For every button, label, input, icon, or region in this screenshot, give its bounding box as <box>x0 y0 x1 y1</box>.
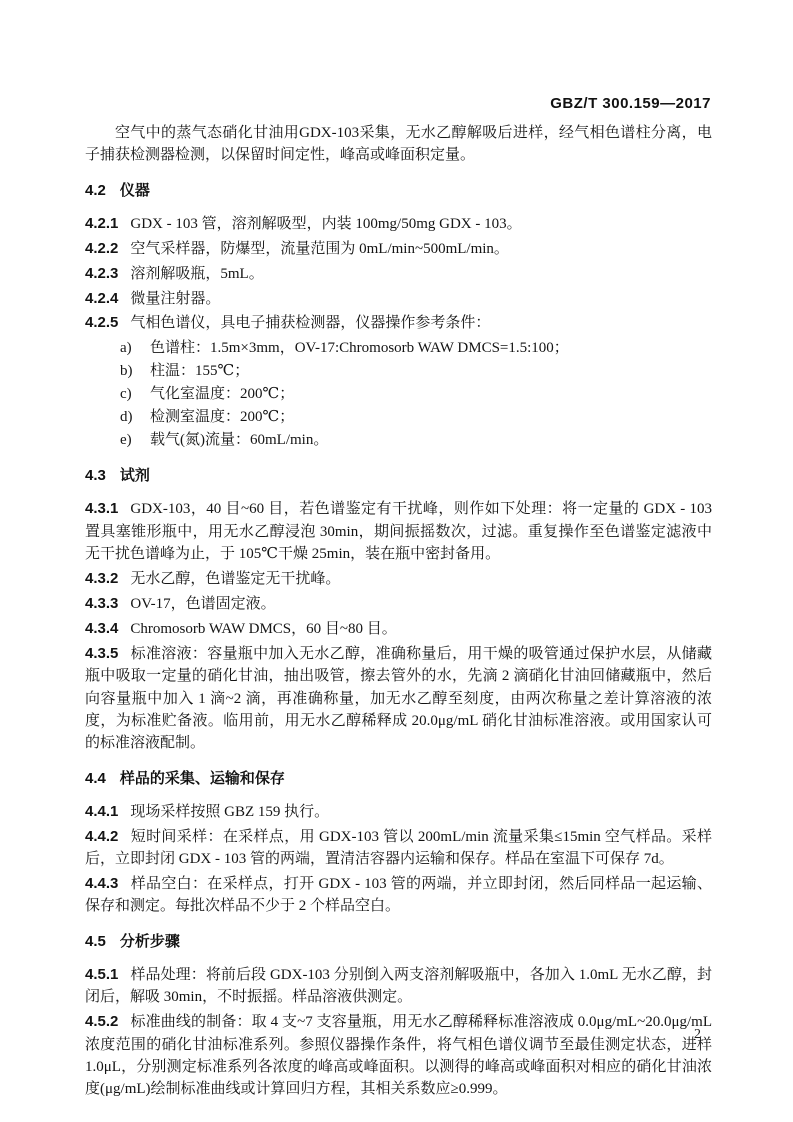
clause-number: 4.2.5 <box>85 314 118 331</box>
clause-4-3-2: 4.3.2无水乙醇，色谱鉴定无干扰峰。 <box>85 568 712 590</box>
clause-4-2-3: 4.2.3溶剂解吸瓶，5mL。 <box>85 263 712 285</box>
clause-text: 样品空白：在采样点，打开 GDX - 103 管的两端，并立即封闭，然后同样品一… <box>85 876 712 914</box>
clause-number: 4.2.2 <box>85 240 118 257</box>
clause-number: 4.5.2 <box>85 1013 118 1030</box>
clause-number: 4.2.4 <box>85 290 118 307</box>
clause-4-2-4: 4.2.4微量注射器。 <box>85 288 712 310</box>
clause-text: 样品处理：将前后段 GDX-103 分别倒入两支溶剂解吸瓶中，各加入 1.0mL… <box>85 967 712 1005</box>
clause-text: 现场采样按照 GBZ 159 执行。 <box>130 804 329 820</box>
clause-number: 4.3.4 <box>85 620 118 637</box>
list-item-d: d)检测室温度：200℃； <box>85 406 712 429</box>
page-number: 2 <box>694 1027 701 1043</box>
section-number: 4.2 <box>85 182 106 199</box>
section-title: 分析步骤 <box>120 933 180 950</box>
clause-4-3-5: 4.3.5标准溶液：容量瓶中加入无水乙醇，准确称量后，用干燥的吸管通过保护水层，… <box>85 643 712 755</box>
section-heading-4-4: 4.4样品的采集、运输和保存 <box>85 768 712 790</box>
clause-text: 微量注射器。 <box>130 291 220 307</box>
list-item-text: 检测室温度：200℃； <box>150 409 294 425</box>
clause-4-2-1: 4.2.1GDX - 103 管，溶剂解吸型，内装 100mg/50mg GDX… <box>85 213 712 235</box>
clause-number: 4.3.1 <box>85 500 118 517</box>
list-item-label: a) <box>120 337 150 360</box>
clause-number: 4.3.2 <box>85 570 118 587</box>
clause-text: GDX - 103 管，溶剂解吸型，内装 100mg/50mg GDX - 10… <box>130 216 521 232</box>
clause-text: Chromosorb WAW DMCS，60 目~80 目。 <box>130 621 396 637</box>
clause-4-2-5: 4.2.5气相色谱仪，具电子捕获检测器，仪器操作参考条件： <box>85 312 712 334</box>
clause-4-3-3: 4.3.3OV-17，色谱固定液。 <box>85 593 712 615</box>
section-title: 试剂 <box>120 467 150 484</box>
clause-number: 4.2.1 <box>85 215 118 232</box>
operating-conditions-list: a)色谱柱：1.5m×3mm，OV-17:Chromosorb WAW DMCS… <box>85 337 712 452</box>
list-item-a: a)色谱柱：1.5m×3mm，OV-17:Chromosorb WAW DMCS… <box>85 337 712 360</box>
list-item-e: e)载气(氮)流量：60mL/min。 <box>85 429 712 452</box>
clause-text: GDX-103，40 目~60 目，若色谱鉴定有干扰峰，则作如下处理：将一定量的… <box>85 501 712 562</box>
section-title: 仪器 <box>120 182 150 199</box>
clause-text: 无水乙醇，色谱鉴定无干扰峰。 <box>130 571 340 587</box>
clause-4-5-2: 4.5.2标准曲线的制备：取 4 支~7 支容量瓶，用无水乙醇稀释标准溶液成 0… <box>85 1011 712 1101</box>
section-heading-4-3: 4.3试剂 <box>85 465 712 487</box>
list-item-b: b)柱温：155℃； <box>85 360 712 383</box>
clause-4-4-3: 4.4.3样品空白：在采样点，打开 GDX - 103 管的两端，并立即封闭，然… <box>85 873 712 918</box>
section-number: 4.3 <box>85 467 106 484</box>
clause-4-4-1: 4.4.1现场采样按照 GBZ 159 执行。 <box>85 801 712 823</box>
list-item-text: 载气(氮)流量：60mL/min。 <box>150 432 328 448</box>
clause-number: 4.3.3 <box>85 595 118 612</box>
clause-4-5-1: 4.5.1样品处理：将前后段 GDX-103 分别倒入两支溶剂解吸瓶中，各加入 … <box>85 964 712 1009</box>
clause-number: 4.4.2 <box>85 828 118 845</box>
section-number: 4.4 <box>85 770 106 787</box>
list-item-text: 柱温：155℃； <box>150 363 249 379</box>
clause-text: 短时间采样：在采样点，用 GDX-103 管以 200mL/min 流量采集≤1… <box>85 829 712 867</box>
clause-number: 4.5.1 <box>85 966 118 983</box>
standard-code-header: GBZ/T 300.159—2017 <box>550 95 711 112</box>
clause-text: 空气采样器，防爆型，流量范围为 0mL/min~500mL/min。 <box>130 241 509 257</box>
section-number: 4.5 <box>85 933 106 950</box>
document-page: GBZ/T 300.159—2017 空气中的蒸气态硝化甘油用GDX-103采集… <box>0 0 793 1122</box>
list-item-text: 气化室温度：200℃； <box>150 386 294 402</box>
clause-text: OV-17，色谱固定液。 <box>130 596 275 612</box>
list-item-label: d) <box>120 406 150 429</box>
clause-text: 气相色谱仪，具电子捕获检测器，仪器操作参考条件： <box>130 315 490 331</box>
clause-number: 4.3.5 <box>85 645 118 662</box>
clause-4-2-2: 4.2.2空气采样器，防爆型，流量范围为 0mL/min~500mL/min。 <box>85 238 712 260</box>
section-heading-4-2: 4.2仪器 <box>85 180 712 202</box>
clause-text: 标准曲线的制备：取 4 支~7 支容量瓶，用无水乙醇稀释标准溶液成 0.0μg/… <box>85 1014 712 1097</box>
clause-4-3-4: 4.3.4Chromosorb WAW DMCS，60 目~80 目。 <box>85 618 712 640</box>
clause-4-4-2: 4.4.2短时间采样：在采样点，用 GDX-103 管以 200mL/min 流… <box>85 826 712 871</box>
page-content: 空气中的蒸气态硝化甘油用GDX-103采集，无水乙醇解吸后进样，经气相色谱柱分离… <box>85 122 712 1103</box>
list-item-label: c) <box>120 383 150 406</box>
clause-number: 4.4.1 <box>85 803 118 820</box>
clause-4-3-1: 4.3.1GDX-103，40 目~60 目，若色谱鉴定有干扰峰，则作如下处理：… <box>85 498 712 565</box>
section-title: 样品的采集、运输和保存 <box>120 770 285 787</box>
clause-number: 4.2.3 <box>85 265 118 282</box>
list-item-c: c)气化室温度：200℃； <box>85 383 712 406</box>
list-item-label: e) <box>120 429 150 452</box>
clause-number: 4.4.3 <box>85 875 118 892</box>
intro-paragraph: 空气中的蒸气态硝化甘油用GDX-103采集，无水乙醇解吸后进样，经气相色谱柱分离… <box>85 122 712 167</box>
clause-text: 溶剂解吸瓶，5mL。 <box>130 266 263 282</box>
list-item-text: 色谱柱：1.5m×3mm，OV-17:Chromosorb WAW DMCS=1… <box>150 340 569 356</box>
section-heading-4-5: 4.5分析步骤 <box>85 931 712 953</box>
clause-text: 标准溶液：容量瓶中加入无水乙醇，准确称量后，用干燥的吸管通过保护水层，从储藏瓶中… <box>85 646 712 752</box>
list-item-label: b) <box>120 360 150 383</box>
